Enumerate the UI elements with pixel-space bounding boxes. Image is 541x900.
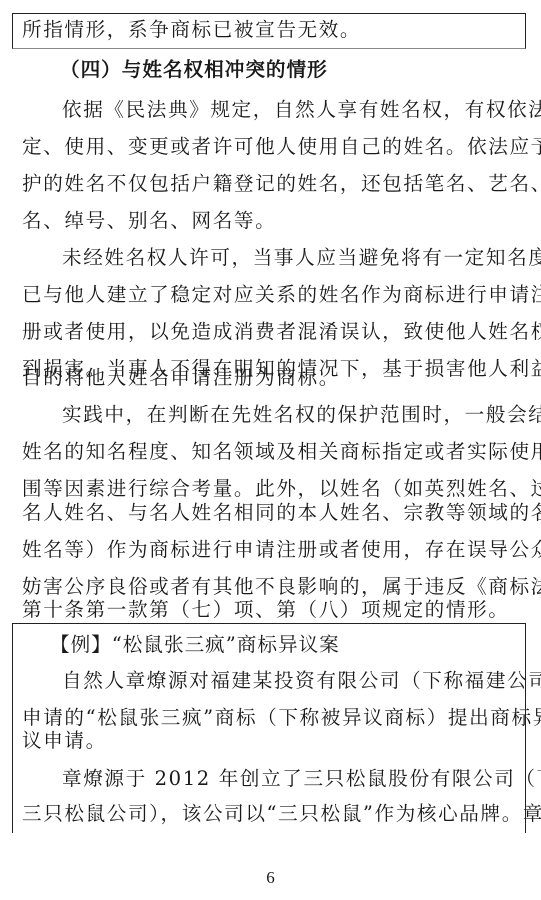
paragraph-line: 定、使用、变更或者许可他人使用自己的姓名。依法应予保	[22, 134, 522, 160]
example-line: 自然人章燎源对福建某投资有限公司（下称福建公司）	[62, 668, 541, 694]
paragraph-line: 围等因素进行综合考量。此外，以姓名（如英烈姓名、过世	[22, 476, 522, 502]
box-text-line: 所指情形，系争商标已被宣告无效。	[22, 17, 522, 43]
paragraph-line: 依据《民法典》规定，自然人享有姓名权，有权依法决	[62, 97, 541, 123]
example-title: 【例】“松鼠张三疯”商标异议案	[50, 632, 541, 658]
paragraph-line: 名、绰号、别名、网名等。	[22, 208, 522, 234]
paragraph-line: 护的姓名不仅包括户籍登记的姓名，还包括笔名、艺名、译	[22, 171, 522, 197]
paragraph-line: 已与他人建立了稳定对应关系的姓名作为商标进行申请注	[22, 282, 522, 308]
paragraph-line: 第十条第一款第（七）项、第（八）项规定的情形。	[22, 597, 522, 623]
paragraph-line: 册或者使用，以免造成消费者混淆误认，致使他人姓名权受	[22, 319, 522, 345]
paragraph-line: 目的将他人姓名申请注册为商标。	[22, 365, 522, 391]
document-page: 所指情形，系争商标已被宣告无效。 （四）与姓名权相冲突的情形 依据《民法典》规定…	[0, 0, 541, 900]
paragraph-line: 实践中，在判断在先姓名权的保护范围时，一般会结合	[62, 402, 541, 428]
paragraph-line: 姓名等）作为商标进行申请注册或者使用，存在误导公众、	[22, 537, 522, 563]
example-line: 议申请。	[22, 728, 522, 754]
example-line: 章燎源于 2012 年创立了三只松鼠股份有限公司（下称	[62, 766, 541, 792]
page-number: 6	[0, 868, 541, 888]
section-heading: （四）与姓名权相冲突的情形	[60, 57, 541, 83]
paragraph-line: 未经姓名权人许可，当事人应当避免将有一定知名度，	[62, 245, 541, 271]
paragraph-line: 名人姓名、与名人姓名相同的本人姓名、宗教等领域的名人	[22, 500, 522, 526]
example-line: 三只松鼠公司），该公司以“三只松鼠”作为核心品牌。章	[22, 801, 522, 827]
paragraph-line: 姓名的知名程度、知名领域及相关商标指定或者实际使用范	[22, 439, 522, 465]
